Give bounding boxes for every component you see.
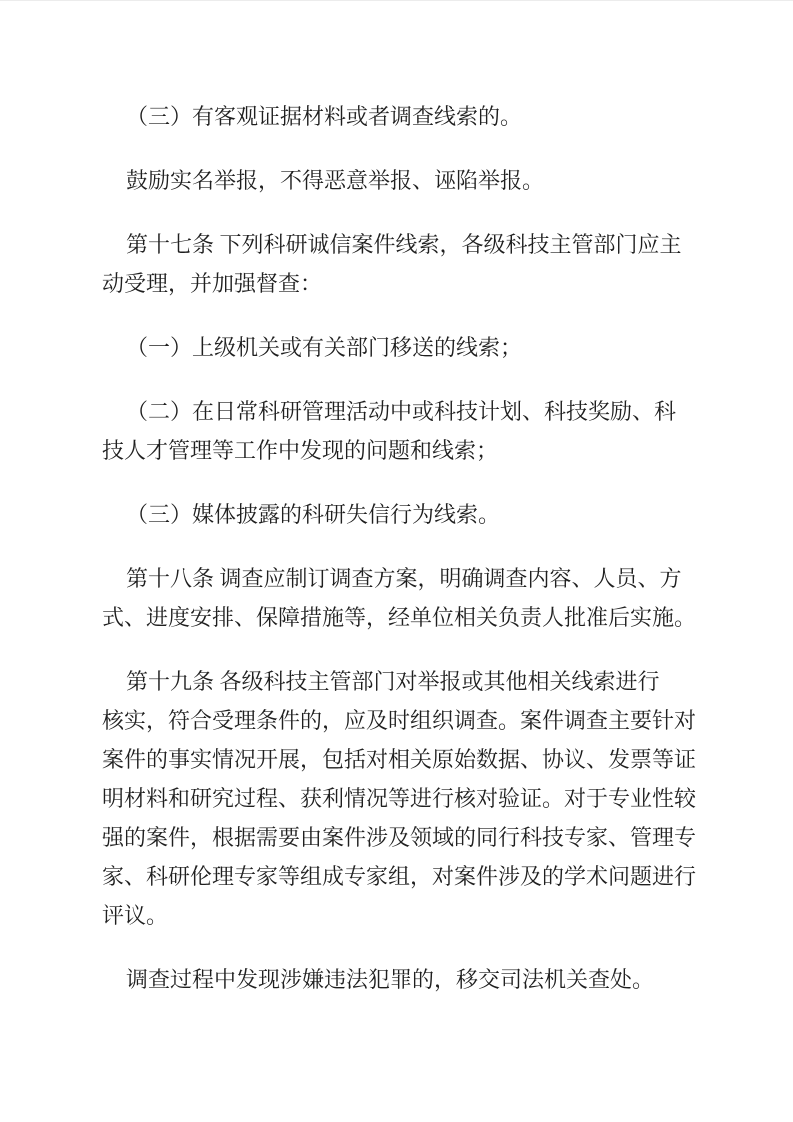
paragraph-transfer-to-judicial-authorities: 调查过程中发现涉嫌违法犯罪的，移交司法机关查处。 xyxy=(102,960,747,999)
text-line: 评议。 xyxy=(102,896,747,935)
document-page: （三）有客观证据材料或者调查线索的。鼓励实名举报，不得恶意举报、诬陷举报。第十七… xyxy=(0,0,793,1122)
text-line: 第十九条 各级科技主管部门对举报或其他相关线索进行 xyxy=(102,662,747,701)
text-line: 技人才管理等工作中发现的问题和线索； xyxy=(102,431,747,470)
paragraph-article-19: 第十九条 各级科技主管部门对举报或其他相关线索进行核实，符合受理条件的，应及时组… xyxy=(102,662,747,935)
paragraph-item-3-of-previous-article: （三）有客观证据材料或者调查线索的。 xyxy=(102,97,747,136)
text-line: 明材料和研究过程、获利情况等进行核对验证。对于专业性较 xyxy=(102,779,747,818)
text-line: 调查过程中发现涉嫌违法犯罪的，移交司法机关查处。 xyxy=(102,960,747,999)
text-line: （一）上级机关或有关部门移送的线索； xyxy=(102,328,747,367)
document-body: （三）有客观证据材料或者调查线索的。鼓励实名举报，不得恶意举报、诬陷举报。第十七… xyxy=(102,97,747,999)
text-line: 核实，符合受理条件的，应及时组织调查。案件调查主要针对 xyxy=(102,701,747,740)
text-line: （三）有客观证据材料或者调查线索的。 xyxy=(102,97,747,136)
text-line: 动受理，并加强督查： xyxy=(102,264,747,303)
paragraph-article-17-item-1: （一）上级机关或有关部门移送的线索； xyxy=(102,328,747,367)
text-line: 式、进度安排、保障措施等，经单位相关负责人批准后实施。 xyxy=(102,598,747,637)
text-line: 强的案件，根据需要由案件涉及领域的同行科技专家、管理专 xyxy=(102,818,747,857)
paragraph-article-17-item-2: （二）在日常科研管理活动中或科技计划、科技奖励、科技人才管理等工作中发现的问题和… xyxy=(102,392,747,470)
text-line: 家、科研伦理专家等组成专家组，对案件涉及的学术问题进行 xyxy=(102,857,747,896)
text-line: 第十七条 下列科研诚信案件线索，各级科技主管部门应主 xyxy=(102,225,747,264)
text-line: （三）媒体披露的科研失信行为线索。 xyxy=(102,495,747,534)
paragraph-encourage-real-name-reporting: 鼓励实名举报，不得恶意举报、诬陷举报。 xyxy=(102,161,747,200)
paragraph-article-18: 第十八条 调查应制订调查方案，明确调查内容、人员、方式、进度安排、保障措施等，经… xyxy=(102,559,747,637)
text-line: 案件的事实情况开展，包括对相关原始数据、协议、发票等证 xyxy=(102,740,747,779)
text-line: 鼓励实名举报，不得恶意举报、诬陷举报。 xyxy=(102,161,747,200)
text-line: 第十八条 调查应制订调查方案，明确调查内容、人员、方 xyxy=(102,559,747,598)
paragraph-article-17-item-3: （三）媒体披露的科研失信行为线索。 xyxy=(102,495,747,534)
text-line: （二）在日常科研管理活动中或科技计划、科技奖励、科 xyxy=(102,392,747,431)
paragraph-article-17: 第十七条 下列科研诚信案件线索，各级科技主管部门应主动受理，并加强督查： xyxy=(102,225,747,303)
